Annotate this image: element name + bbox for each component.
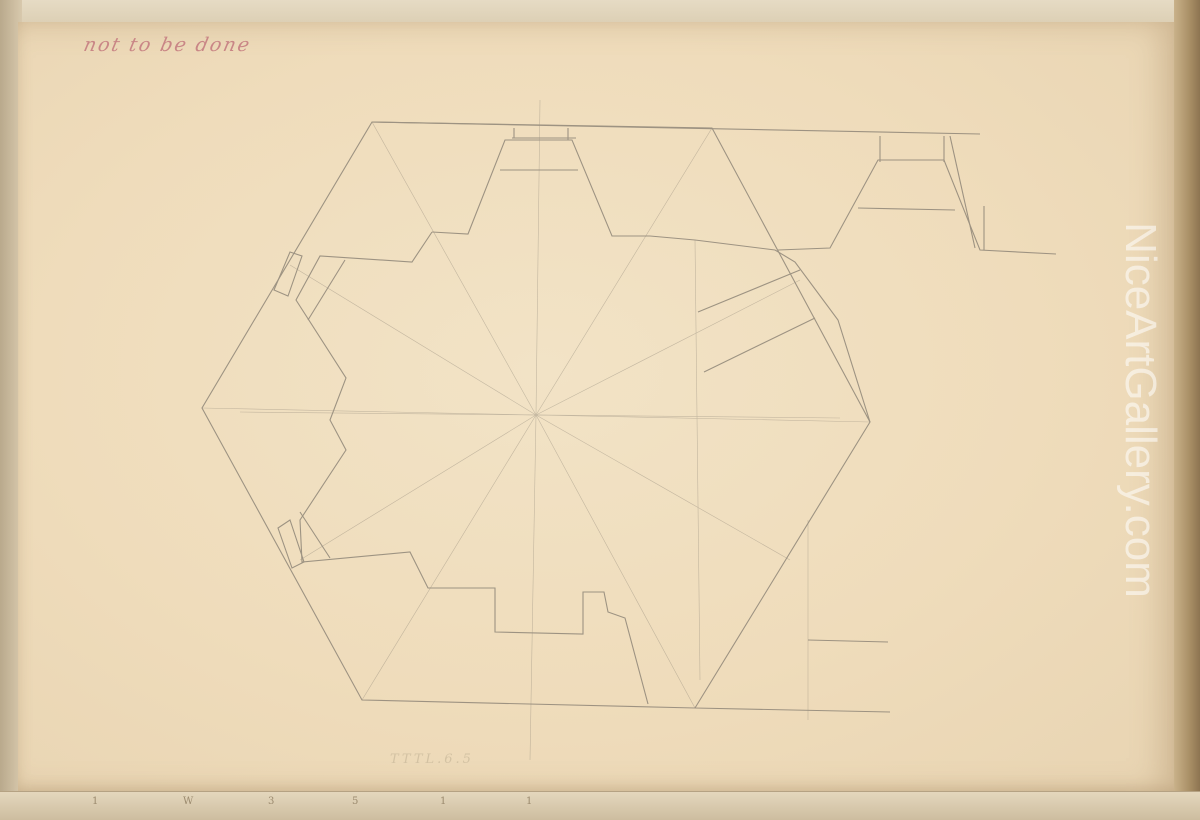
edge-mark: 3: [268, 796, 274, 807]
handwritten-annotation: not to be done: [82, 34, 254, 56]
edge-mark: 1: [92, 796, 98, 807]
bottom-edge-marks: 1 W 3 5 1 1: [0, 792, 1200, 820]
watermark-text: NiceArtGallery.com: [1115, 222, 1165, 598]
edge-mark: W: [183, 796, 193, 807]
watermark: NiceArtGallery.com: [1110, 220, 1170, 600]
edge-mark: 1: [440, 796, 446, 807]
edge-mark: 5: [352, 796, 358, 807]
inventory-mark: TTTL.6.5: [390, 752, 474, 767]
right-page-edge: [1174, 0, 1200, 820]
hexagonal-floor-plan: [0, 0, 1200, 820]
edge-mark: 1: [526, 796, 532, 807]
inner-plan-outline: [432, 140, 650, 236]
